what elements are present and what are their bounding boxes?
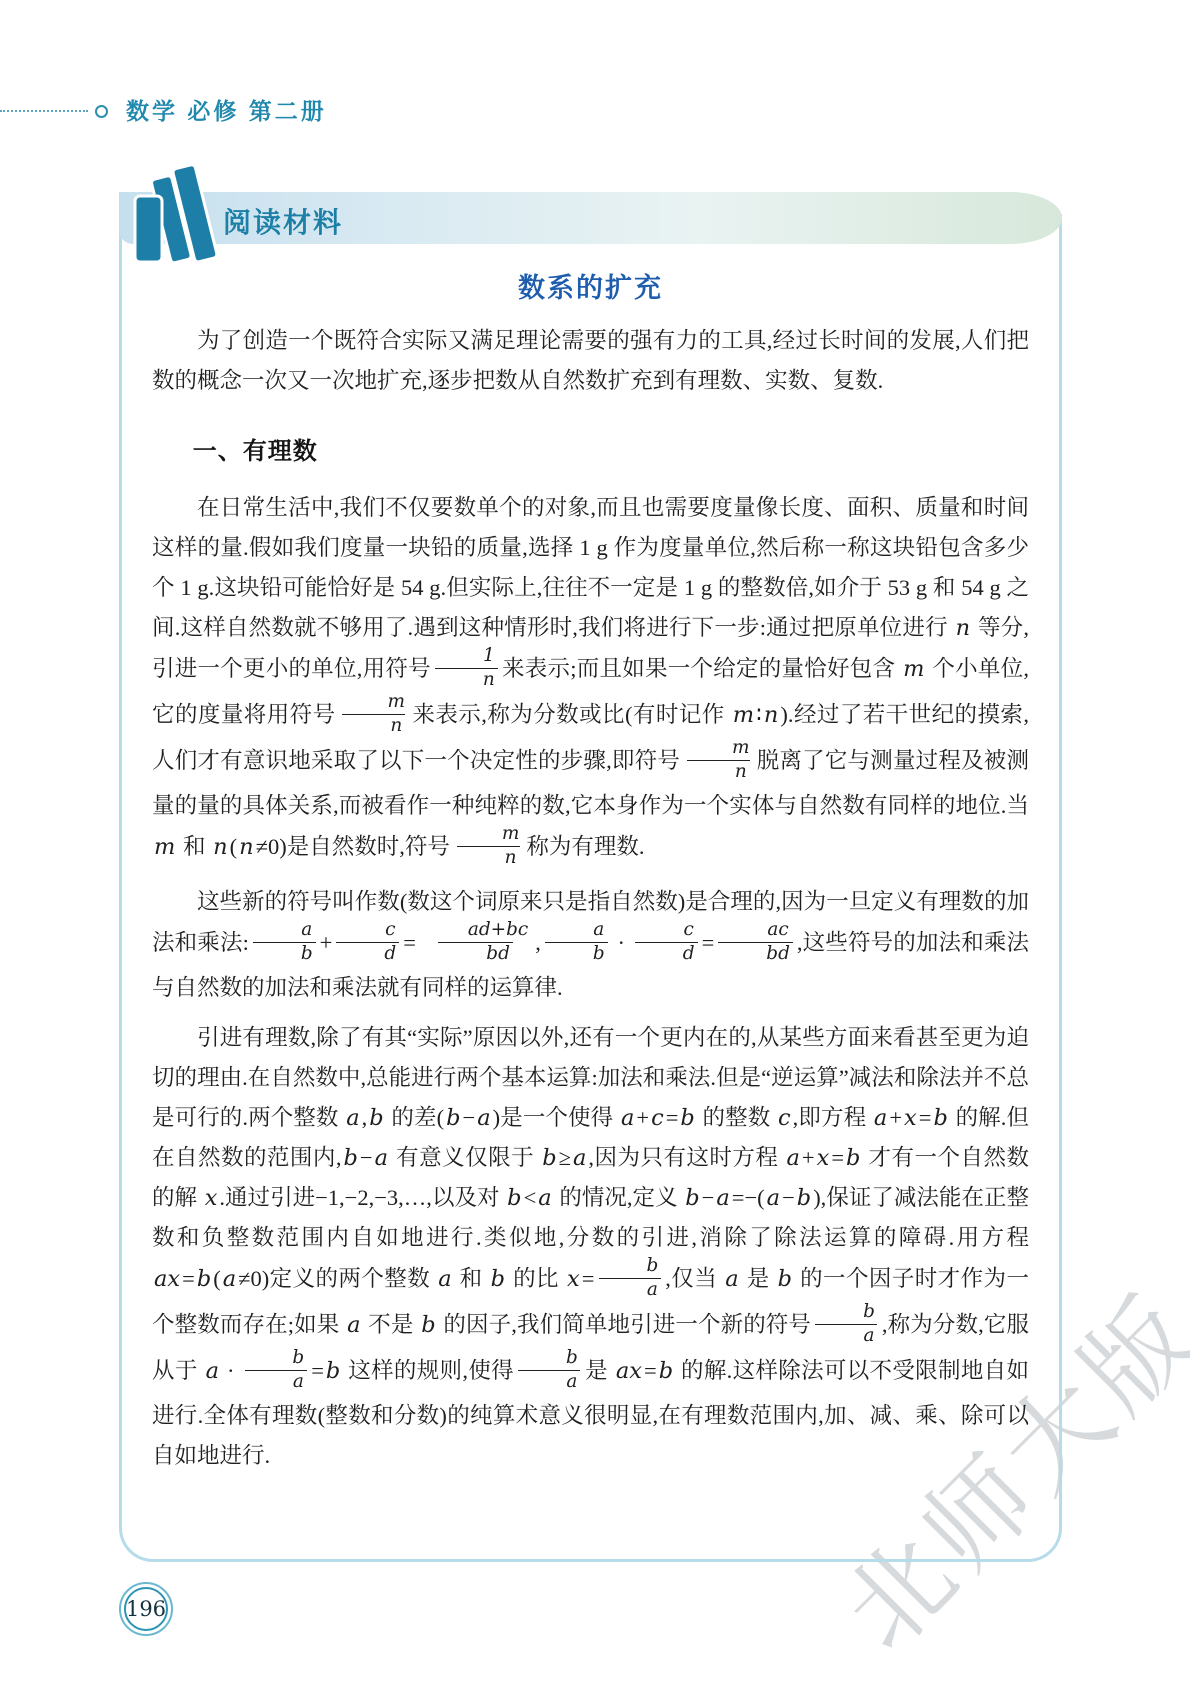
math-variable: a bbox=[765, 1185, 782, 1211]
textbook-page: 北师大版 数学 必修 第二册 阅读材料 数系的扩充 为了创造一个既符合实际又满足… bbox=[0, 0, 1190, 1684]
paragraph: 这些新的符号叫作数(数这个词原来只是指自然数)是合理的,因为一旦定义有理数的加法… bbox=[152, 882, 1029, 1008]
section-heading: 一、有理数 bbox=[152, 431, 1029, 466]
math-variable: n bbox=[211, 834, 230, 860]
math-variable: b bbox=[195, 1266, 213, 1292]
math-variable: n bbox=[237, 834, 256, 860]
math-fraction: mn bbox=[340, 691, 408, 737]
book-title: 数学 必修 第二册 bbox=[126, 94, 327, 128]
math-variable: b bbox=[844, 1145, 862, 1171]
banner-label: 阅读材料 bbox=[223, 201, 343, 241]
math-fraction: ad+bcbd bbox=[420, 919, 531, 965]
math-fraction: ba bbox=[815, 1301, 878, 1347]
math-variable: a bbox=[344, 1105, 361, 1131]
math-fraction: ba bbox=[244, 1347, 307, 1393]
article-frame: 数系的扩充 为了创造一个既符合实际又满足理论需要的强有力的工具,经过长时间的发展… bbox=[119, 214, 1062, 1562]
math-variable: a bbox=[872, 1105, 889, 1131]
math-variable: a bbox=[536, 1185, 553, 1211]
page-number: 196 bbox=[124, 1587, 168, 1631]
math-variable: a bbox=[345, 1312, 362, 1338]
reading-material-banner: 阅读材料 bbox=[119, 192, 1062, 244]
math-variable: a bbox=[373, 1145, 390, 1171]
dotted-rule bbox=[0, 110, 88, 112]
math-variable: a bbox=[204, 1358, 221, 1384]
math-variable: b bbox=[444, 1105, 462, 1131]
math-variable: a bbox=[714, 1185, 731, 1211]
math-variable: b bbox=[505, 1185, 523, 1211]
intro-paragraph: 为了创造一个既符合实际又满足理论需要的强有力的工具,经过长时间的发展,人们把数的… bbox=[152, 321, 1029, 401]
math-fraction: 1n bbox=[435, 645, 498, 691]
math-variable: n bbox=[954, 615, 973, 641]
math-variable: a bbox=[221, 1266, 238, 1292]
math-fraction: acbd bbox=[718, 919, 793, 965]
math-fraction: cd bbox=[635, 919, 698, 965]
math-variable: n bbox=[762, 702, 781, 728]
paragraph: 引进有理数,除了有其“实际”原因以外,还有一个更内在的,从某些方面来看甚至更为迫… bbox=[152, 1018, 1029, 1476]
math-variable: b bbox=[678, 1105, 696, 1131]
math-fraction: mn bbox=[684, 737, 752, 783]
math-variable: b bbox=[540, 1145, 558, 1171]
math-variable: b bbox=[342, 1145, 360, 1171]
math-variable: m bbox=[152, 834, 177, 860]
books-icon bbox=[131, 162, 219, 268]
math-variable: ax bbox=[152, 1266, 182, 1292]
math-variable: b bbox=[367, 1105, 385, 1131]
math-variable: x bbox=[203, 1185, 220, 1211]
math-fraction: ab bbox=[545, 919, 608, 965]
math-fraction: ba bbox=[598, 1255, 661, 1301]
math-variable: b bbox=[795, 1185, 813, 1211]
math-variable: x bbox=[565, 1266, 582, 1292]
math-fraction: ab bbox=[253, 919, 316, 965]
ring-bullet-icon bbox=[95, 105, 108, 118]
paragraph: 在日常生活中,我们不仅要数单个的对象,而且也需要度量像长度、面积、质量和时间这样… bbox=[152, 488, 1029, 872]
math-variable: ax bbox=[614, 1358, 644, 1384]
math-variable: b bbox=[683, 1185, 701, 1211]
math-variable: x bbox=[902, 1105, 919, 1131]
math-variable: b bbox=[657, 1358, 675, 1384]
math-variable: b bbox=[489, 1266, 507, 1292]
math-fraction: cd bbox=[336, 919, 399, 965]
math-variable: a bbox=[784, 1145, 801, 1171]
math-variable: b bbox=[931, 1105, 949, 1131]
math-fraction: mn bbox=[454, 823, 522, 869]
math-variable: a bbox=[571, 1145, 588, 1171]
math-variable: b bbox=[776, 1266, 794, 1292]
math-variable: c bbox=[776, 1105, 793, 1131]
running-head: 数学 必修 第二册 bbox=[0, 94, 1190, 128]
math-variable: a bbox=[436, 1266, 453, 1292]
math-variable: a bbox=[619, 1105, 636, 1131]
math-variable: m bbox=[731, 702, 756, 728]
math-fraction: ba bbox=[518, 1347, 581, 1393]
math-variable: a bbox=[723, 1266, 740, 1292]
page-number-badge: 196 bbox=[119, 1582, 173, 1636]
math-variable: m bbox=[901, 656, 926, 682]
math-variable: x bbox=[815, 1145, 832, 1171]
math-variable: b bbox=[419, 1312, 437, 1338]
math-variable: b bbox=[324, 1358, 342, 1384]
article-title: 数系的扩充 bbox=[152, 266, 1029, 305]
math-variable: c bbox=[649, 1105, 666, 1131]
math-variable: a bbox=[475, 1105, 492, 1131]
